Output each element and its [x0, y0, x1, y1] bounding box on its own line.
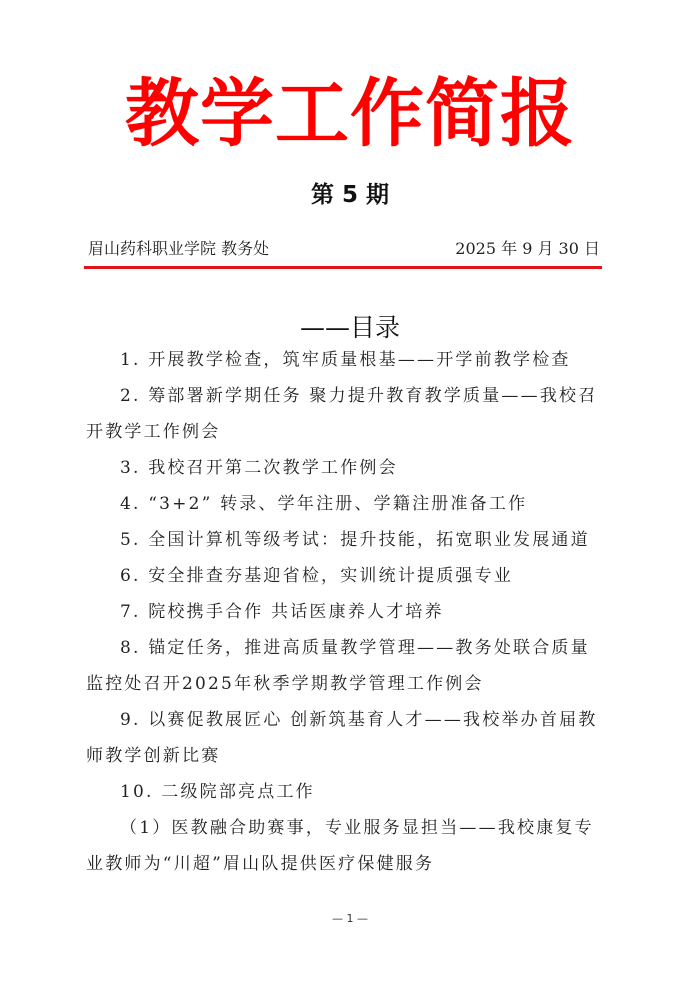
toc-item-10[interactable]: 10. 二级院部亮点工作 — [86, 774, 606, 810]
toc-item-2[interactable]: 2. 筹部署新学期任务 聚力提升教育教学质量——我校召开教学工作例会 — [86, 378, 606, 450]
toc-item-10-1[interactable]: （1）医教融合助赛事，专业服务显担当——我校康复专业教师为“川超”眉山队提供医疗… — [86, 810, 606, 882]
red-divider-rule — [84, 266, 602, 269]
issue-number: 第 5 期 — [0, 178, 700, 212]
issue-date: 2025 年 9 月 30 日 — [455, 237, 600, 261]
toc-item-1[interactable]: 1. 开展教学检查，筑牢质量根基——开学前教学检查 — [86, 342, 606, 378]
table-of-contents: 1. 开展教学检查，筑牢质量根基——开学前教学检查 2. 筹部署新学期任务 聚力… — [86, 342, 606, 882]
toc-item-9[interactable]: 9. 以赛促教展匠心 创新筑基育人才——我校举办首届教师教学创新比赛 — [86, 702, 606, 774]
toc-item-4[interactable]: 4. “3+2” 转录、学年注册、学籍注册准备工作 — [86, 486, 606, 522]
page-number: — 1 — — [0, 909, 700, 929]
publisher: 眉山药科职业学院 教务处 — [88, 237, 269, 261]
toc-item-8[interactable]: 8. 锚定任务，推进高质量教学管理——教务处联合质量监控处召开2025年秋季学期… — [86, 630, 606, 702]
toc-item-5[interactable]: 5. 全国计算机等级考试：提升技能，拓宽职业发展通道 — [86, 522, 606, 558]
toc-item-6[interactable]: 6. 安全排查夯基迎省检，实训统计提质强专业 — [86, 558, 606, 594]
newsletter-title: 教学工作简报 — [0, 66, 700, 162]
toc-item-7[interactable]: 7. 院校携手合作 共话医康养人才培养 — [86, 594, 606, 630]
toc-item-3[interactable]: 3. 我校召开第二次教学工作例会 — [86, 450, 606, 486]
masthead-meta: 眉山药科职业学院 教务处 2025 年 9 月 30 日 — [88, 237, 600, 261]
